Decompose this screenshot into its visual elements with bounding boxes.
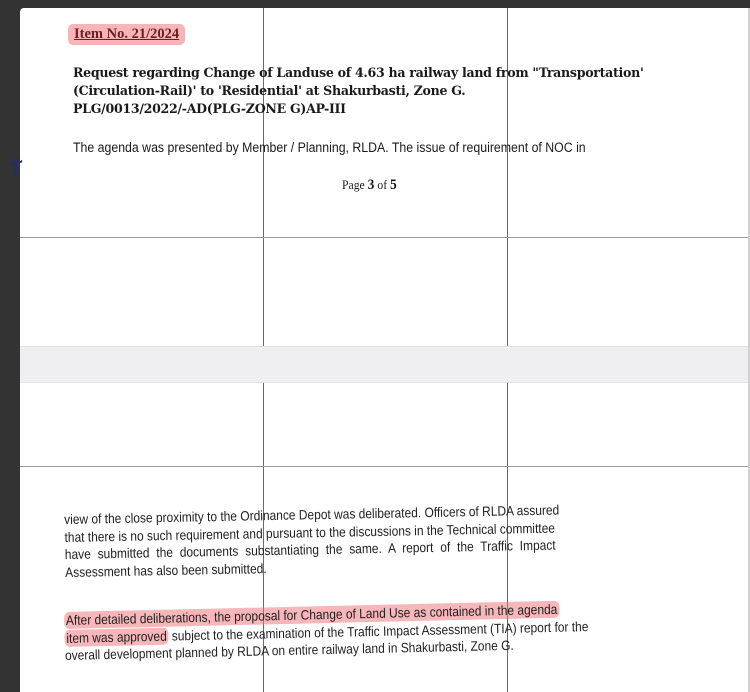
- grid-line-horizontal: [20, 466, 750, 467]
- agenda-presentation-text: The agenda was presented by Member / Pla…: [73, 140, 586, 155]
- total-page-number: 5: [390, 177, 397, 193]
- continuation-paragraph: view of the close proximity to the Ordin…: [64, 499, 705, 581]
- item-number-heading: Item No. 21/2024: [68, 24, 185, 45]
- highlighted-approval-text: item was approved: [64, 627, 168, 646]
- subject-line: PLG/0013/2022/-AD(PLG-ZONE G)AP-III: [73, 100, 713, 118]
- subject-line: (Circulation-Rail)' to 'Residential' at …: [73, 82, 713, 100]
- subject-line: Request regarding Change of Landuse of 4…: [73, 64, 713, 82]
- page-separator-band: [20, 346, 750, 383]
- item-subject: Request regarding Change of Landuse of 4…: [73, 64, 713, 118]
- grid-line-horizontal: [20, 237, 750, 238]
- document-page: Item No. 21/2024 Request regarding Chang…: [20, 8, 750, 692]
- page-number-footer: Page 3 of 5: [342, 177, 397, 194]
